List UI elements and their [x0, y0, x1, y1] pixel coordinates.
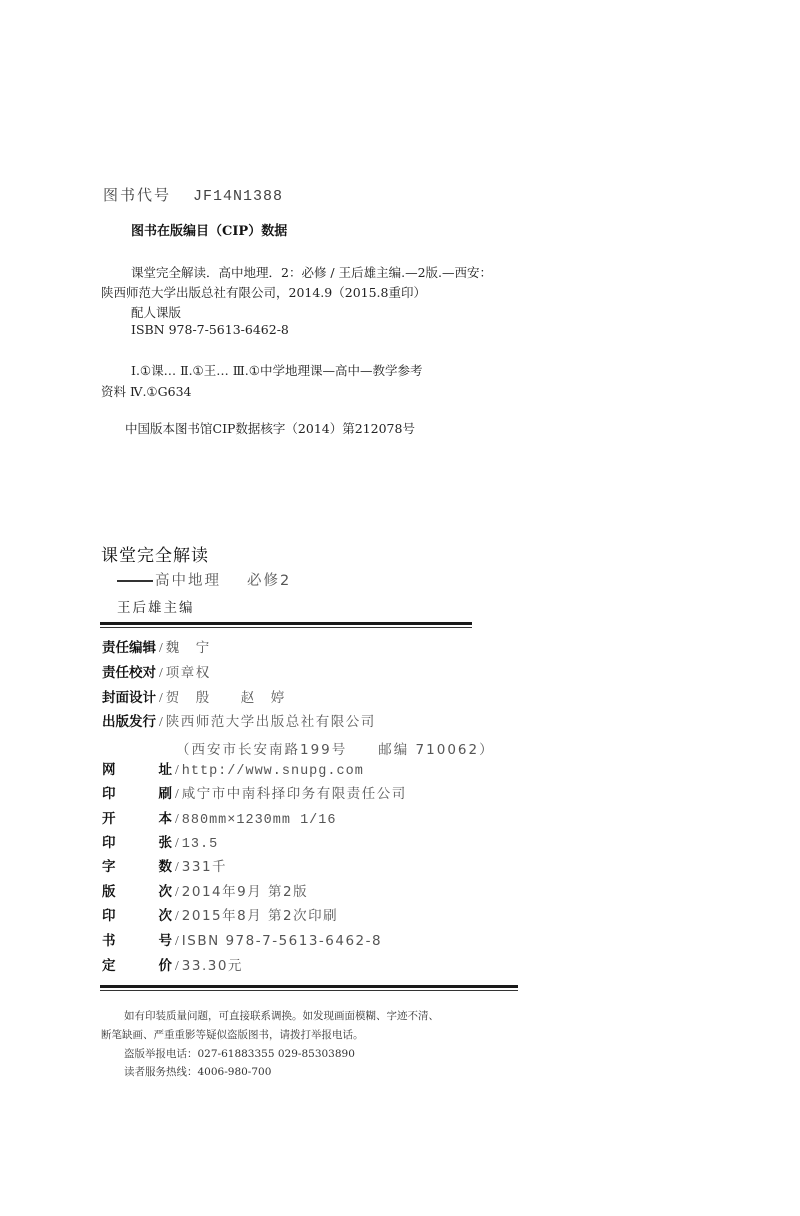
- colophon-row: 书号/ISBN 978-7-5613-6462-8: [102, 931, 382, 951]
- piracy-hotline: 盗版举报电话：027-61883355 029-85303890: [124, 1046, 355, 1061]
- separator: /: [175, 762, 179, 777]
- separator: /: [175, 908, 179, 923]
- website-link[interactable]: http://www.snupg.com: [182, 764, 364, 779]
- colophon-value: 咸宁市中南科择印务有限责任公司: [182, 786, 407, 802]
- colophon-row: 网址/http://www.snupg.com: [102, 760, 364, 780]
- colophon-label: 责任编辑: [102, 638, 156, 658]
- separator: /: [175, 933, 179, 948]
- colophon-value: 项章权: [166, 665, 211, 681]
- colophon-value: 魏 宁: [166, 640, 211, 656]
- em-dash: [117, 580, 153, 582]
- service-hotline: 读者服务热线：4006-980-700: [124, 1064, 271, 1079]
- cip-verification: 中国版本图书馆CIP数据核字（2014）第212078号: [125, 419, 415, 437]
- separator: /: [159, 640, 163, 655]
- double-rule-bottom: [100, 985, 518, 991]
- separator: /: [175, 859, 179, 874]
- colophon-label: 出版发行: [102, 712, 156, 732]
- notice-line2: 断笔缺画、严重重影等疑似盗版图书，请拨打举报电话。: [101, 1027, 364, 1042]
- book-author: 王后雄主编: [117, 596, 195, 616]
- colophon-label: 印刷: [102, 784, 172, 804]
- colophon-label: 印张: [102, 833, 172, 853]
- colophon-label: 开本: [102, 809, 172, 829]
- colophon-value: 贺 殷 赵 婷: [166, 690, 286, 706]
- colophon-value: 13.5: [182, 837, 218, 852]
- colophon-label: 定价: [102, 956, 172, 976]
- colophon-label: 网址: [102, 760, 172, 780]
- cip-subjects-line2: 资料 Ⅳ.①G634: [101, 382, 192, 400]
- colophon-value: 880mm×1230mm 1/16: [182, 813, 337, 828]
- book-subtitle: 高中地理必修2: [117, 569, 291, 590]
- notice-line1: 如有印装质量问题，可直接联系调换。如发现画面模糊、字迹不清、: [124, 1008, 439, 1023]
- colophon-value: 33.30元: [182, 958, 243, 974]
- separator: /: [159, 665, 163, 680]
- colophon-label: 版次: [102, 882, 172, 902]
- book-subtitle-right: 必修2: [247, 573, 291, 589]
- colophon-value: 331千: [182, 859, 227, 875]
- colophon-row: 版次/2014年9月 第2版: [102, 882, 308, 902]
- colophon-label: 书号: [102, 931, 172, 951]
- cip-title: 图书在版编目（CIP）数据: [131, 220, 287, 239]
- colophon-row: 责任编辑/魏 宁: [102, 638, 211, 658]
- separator: /: [175, 835, 179, 850]
- colophon-row: 字数/331千: [102, 857, 227, 877]
- double-rule-top: [100, 622, 472, 628]
- separator: /: [175, 884, 179, 899]
- book-code-label: 图书代号: [103, 186, 171, 204]
- colophon-row: 印张/13.5: [102, 833, 218, 853]
- separator: /: [175, 786, 179, 801]
- colophon-label: 封面设计: [102, 688, 156, 708]
- publisher-address: （西安市长安南路199号 邮编 710062）: [176, 738, 495, 758]
- colophon-label: 责任校对: [102, 663, 156, 683]
- cip-subjects-line1: Ⅰ.①课… Ⅱ.①王… Ⅲ.①中学地理课—高中—教学参考: [131, 361, 422, 379]
- book-code: 图书代号JF14N1388: [103, 184, 283, 205]
- colophon-label: 印次: [102, 906, 172, 926]
- book-code-value: JF14N1388: [193, 188, 283, 205]
- cip-isbn: ISBN 978-7-5613-6462-8: [131, 322, 289, 337]
- colophon-row: 印次/2015年8月 第2次印刷: [102, 906, 338, 926]
- separator: /: [175, 958, 179, 973]
- colophon-row: 印刷/咸宁市中南科择印务有限责任公司: [102, 784, 407, 804]
- cip-entry-line2: 陕西师范大学出版总社有限公司，2014.9（2015.8重印）: [101, 283, 426, 301]
- colophon-label: 字数: [102, 857, 172, 877]
- separator: /: [175, 811, 179, 826]
- separator: /: [159, 714, 163, 729]
- separator: /: [159, 690, 163, 705]
- colophon-row: 开本/880mm×1230mm 1/16: [102, 809, 337, 829]
- colophon-value: 2015年8月 第2次印刷: [182, 908, 338, 924]
- colophon-row: 责任校对/项章权: [102, 663, 211, 683]
- cip-note: 配人课版: [131, 303, 181, 321]
- colophon-row: 定价/33.30元: [102, 956, 243, 976]
- cip-entry-line1: 课堂完全解读．高中地理．2：必修 / 王后雄主编.—2版.—西安：: [131, 263, 492, 281]
- colophon-value: 陕西师范大学出版总社有限公司: [166, 714, 376, 730]
- colophon-row: 封面设计/贺 殷 赵 婷: [102, 688, 286, 708]
- book-title: 课堂完全解读: [101, 541, 209, 566]
- book-subtitle-left: 高中地理: [155, 573, 221, 589]
- colophon-row: 出版发行/陕西师范大学出版总社有限公司: [102, 712, 376, 732]
- colophon-value: 2014年9月 第2版: [182, 884, 308, 900]
- colophon-value: ISBN 978-7-5613-6462-8: [182, 933, 382, 949]
